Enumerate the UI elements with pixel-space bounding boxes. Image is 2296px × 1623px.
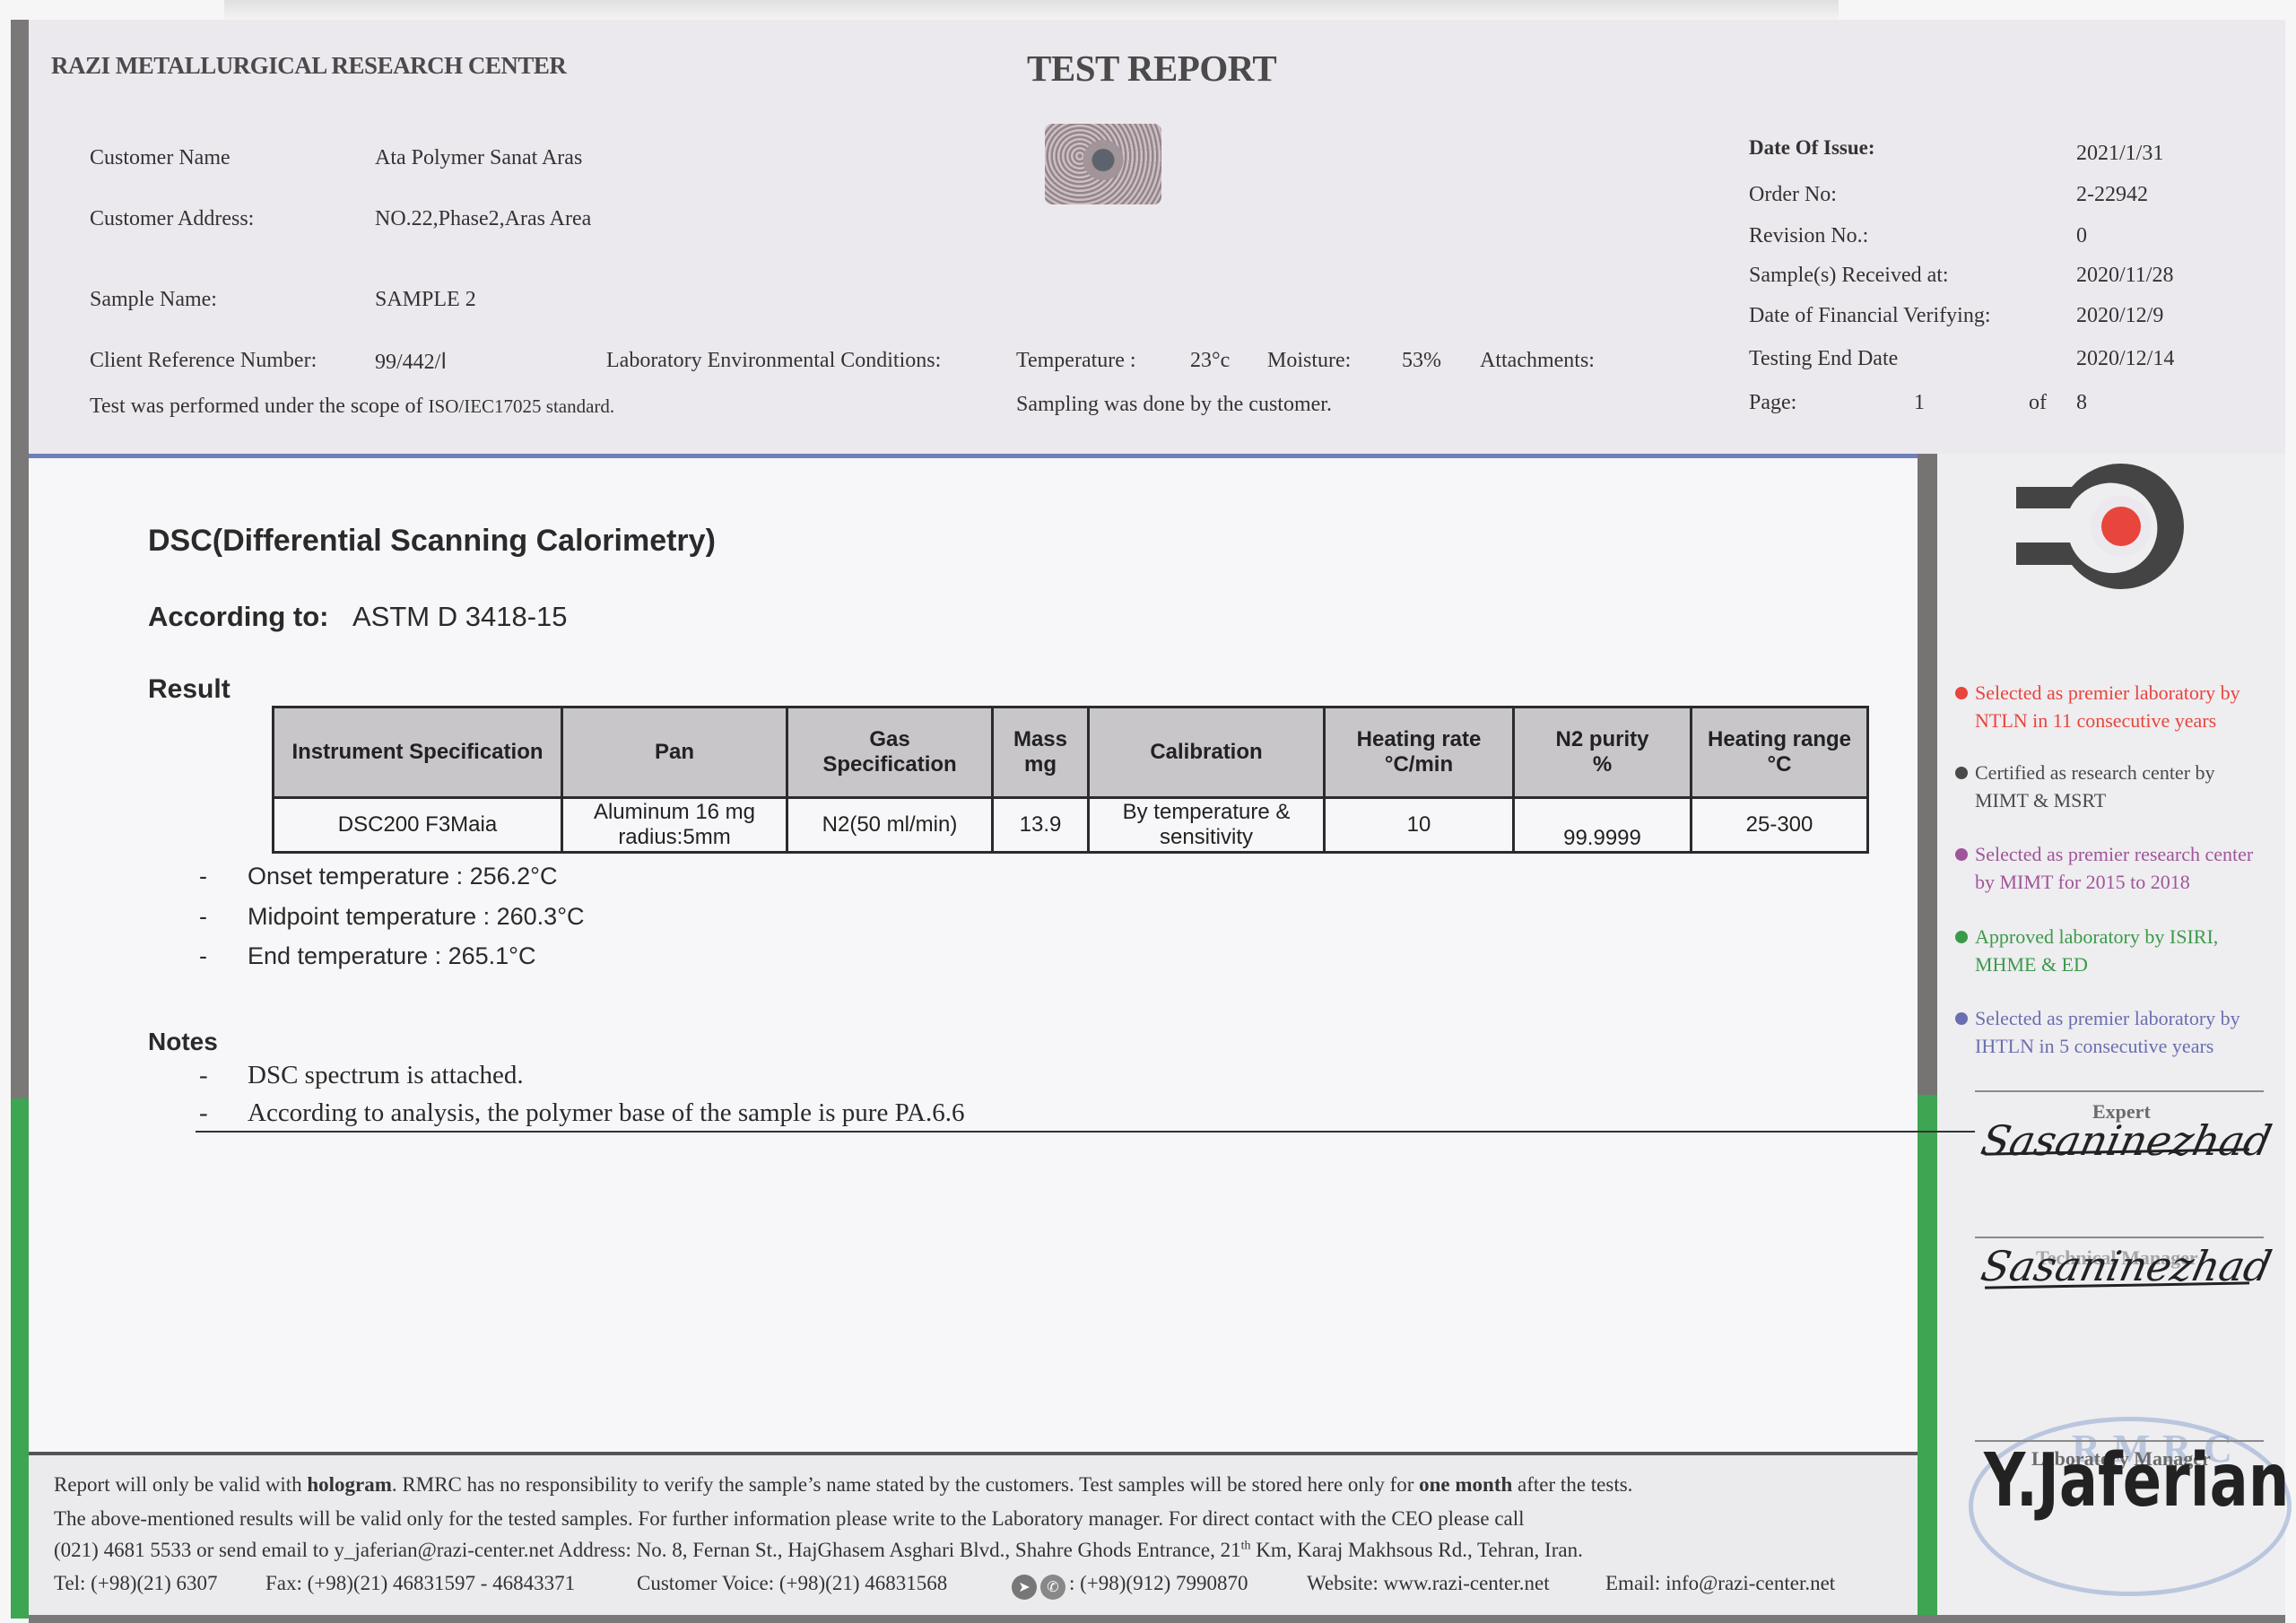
rmrc-logo-icon: [2009, 453, 2233, 596]
bullet-dash: -: [199, 1098, 208, 1128]
header-divider: [29, 454, 1937, 458]
financial-verifying-value: 2020/12/9: [2076, 304, 2163, 328]
col-n2-purity: N2 purity%: [1514, 707, 1692, 798]
cell-heating-range: 25-300: [1692, 798, 1868, 853]
whatsapp-icon: ✆: [1040, 1575, 1065, 1600]
award-mimt-msrt: Certified as research center by MIMT & M…: [1955, 759, 2271, 814]
col-heating-range: Heating range°C: [1692, 707, 1868, 798]
bullet-dot-icon: [1955, 1012, 1968, 1025]
note-item: DSC spectrum is attached.: [248, 1061, 524, 1090]
test-method-title: DSC(Differential Scanning Calorimetry): [148, 524, 716, 559]
note-item: According to analysis, the polymer base …: [248, 1098, 965, 1128]
footer-tel: Tel: (+98)(21) 6307: [54, 1572, 218, 1595]
hologram-seal-icon: [1045, 124, 1161, 204]
award-isiri: Approved laboratory by ISIRI, MHME & ED: [1955, 923, 2271, 978]
page-current: 1: [1914, 391, 1925, 415]
award-text: Approved laboratory by ISIRI, MHME & ED: [1975, 925, 2218, 976]
footer-info-line: The above-mentioned results will be vali…: [54, 1507, 1525, 1531]
lab-env-label: Laboratory Environmental Conditions:: [606, 349, 941, 373]
moisture-label: Moisture:: [1267, 349, 1351, 373]
bullet-dot-icon: [1955, 848, 1968, 861]
col-heating-rate: Heating rate°C/min: [1325, 707, 1514, 798]
results-table: Instrument Specification Pan GasSpecific…: [272, 706, 1869, 854]
testing-end-value: 2020/12/14: [2076, 347, 2174, 371]
bullet-dot-icon: [1955, 687, 1968, 699]
bullet-dot-icon: [1955, 931, 1968, 943]
result-end: End temperature : 265.1°C: [248, 942, 535, 970]
award-ntln: Selected as premier laboratory by NTLN i…: [1955, 679, 2271, 734]
date-of-issue-value: 2021/1/31: [2076, 142, 2163, 166]
sample-name-label: Sample Name:: [90, 288, 217, 312]
bullet-dash: -: [199, 1061, 208, 1090]
order-no-label: Order No:: [1749, 183, 1837, 207]
date-of-issue-label: Date Of Issue:: [1749, 136, 1875, 160]
award-mimt-research: Selected as premier research center by M…: [1955, 840, 2271, 896]
bullet-dash: -: [199, 903, 207, 931]
report-title: TEST REPORT: [1027, 47, 1276, 90]
col-instrument: Instrument Specification: [274, 707, 562, 798]
footer-bottom-bar: [29, 1615, 2285, 1623]
customer-name-label: Customer Name: [90, 146, 230, 170]
sample-received-label: Sample(s) Received at:: [1749, 264, 1949, 288]
footer-website[interactable]: Website: www.razi-center.net: [1307, 1572, 1550, 1595]
scope-statement: Test was performed under the scope of IS…: [90, 395, 614, 419]
scope-prefix: Test was performed under the scope of: [90, 395, 423, 418]
sampling-note: Sampling was done by the customer.: [1016, 393, 1332, 417]
footer-customer-voice: Customer Voice: (+98)(21) 46831568: [637, 1572, 947, 1595]
cell-heating-rate: 10: [1325, 798, 1514, 853]
result-onset: Onset temperature : 256.2°C: [248, 863, 557, 890]
bullet-dash: -: [199, 942, 207, 970]
left-accent-bar-green: [11, 1098, 29, 1619]
one-month-emphasis: one month: [1419, 1473, 1512, 1496]
temperature-value: 23°c: [1190, 349, 1230, 373]
result-midpoint: Midpoint temperature : 260.3°C: [248, 903, 585, 931]
left-accent-bar: [11, 20, 29, 1098]
signature-lab-manager: Y.Jaferian: [1984, 1438, 2289, 1523]
customer-name-value: Ata Polymer Sanat Aras: [375, 146, 582, 170]
according-value: ASTM D 3418-15: [352, 601, 568, 633]
footer-address-line: (021) 4681 5533 or send email to y_jafer…: [54, 1539, 1583, 1562]
award-text: Selected as premier research center by M…: [1975, 843, 2253, 893]
organization-name: RAZI METALLURGICAL RESEARCH CENTER: [51, 52, 566, 80]
table-row: DSC200 F3Maia Aluminum 16 mgradius:5mm N…: [274, 798, 1868, 853]
customer-address-label: Customer Address:: [90, 207, 254, 231]
col-gas: GasSpecification: [787, 707, 993, 798]
page-total: 8: [2076, 391, 2087, 415]
col-pan: Pan: [562, 707, 787, 798]
cell-gas: N2(50 ml/min): [787, 798, 993, 853]
according-label: According to:: [148, 601, 329, 633]
cell-pan: Aluminum 16 mgradius:5mm: [562, 798, 787, 853]
col-mass: Massmg: [993, 707, 1089, 798]
award-text: Selected as premier laboratory by NTLN i…: [1975, 681, 2240, 732]
sample-name-value: SAMPLE 2: [375, 288, 476, 312]
page-of-label: of: [2029, 391, 2047, 415]
temperature-label: Temperature :: [1016, 349, 1136, 373]
revision-no-value: 0: [2076, 224, 2087, 248]
award-ihtln: Selected as premier laboratory by IHTLN …: [1955, 1004, 2271, 1060]
award-text: Selected as premier laboratory by IHTLN …: [1975, 1007, 2240, 1057]
scan-smudge: [224, 0, 1839, 20]
page-label: Page:: [1749, 391, 1796, 415]
footer-messenger: : (+98)(912) 7990870: [1069, 1572, 1248, 1595]
col-calibration: Calibration: [1089, 707, 1325, 798]
right-accent-bar-green: [1918, 1095, 1937, 1619]
notes-label: Notes: [148, 1028, 218, 1056]
testing-end-label: Testing End Date: [1749, 347, 1898, 371]
cell-instrument: DSC200 F3Maia: [274, 798, 562, 853]
bullet-dot-icon: [1955, 767, 1968, 779]
signature-expert: Sasaninezhad: [1977, 1116, 2275, 1165]
cell-n2-purity: 99.9999: [1514, 798, 1692, 853]
right-accent-bar: [1918, 454, 1937, 1095]
moisture-value: 53%: [1402, 349, 1441, 373]
client-ref-label: Client Reference Number:: [90, 349, 317, 373]
revision-no-label: Revision No.:: [1749, 224, 1868, 248]
footer-fax: Fax: (+98)(21) 46831597 - 46843371: [265, 1572, 575, 1595]
result-label: Result: [148, 674, 230, 705]
bullet-dash: -: [199, 863, 207, 890]
sample-received-value: 2020/11/28: [2076, 264, 2173, 288]
client-ref-value: 99/ا/442: [375, 349, 447, 375]
cell-calibration: By temperature &sensitivity: [1089, 798, 1325, 853]
hologram-emphasis: hologram: [307, 1473, 392, 1496]
scope-standard: ISO/IEC17025 standard.: [429, 395, 615, 417]
telegram-icon: ➤: [1012, 1575, 1037, 1600]
notes-underline: [196, 1131, 1975, 1133]
customer-address-value: NO.22,Phase2,Aras Area: [375, 207, 591, 231]
table-header-row: Instrument Specification Pan GasSpecific…: [274, 707, 1868, 798]
footer-validity-line: Report will only be valid with hologram.…: [54, 1473, 1632, 1497]
cell-mass: 13.9: [993, 798, 1089, 853]
award-text: Certified as research center by MIMT & M…: [1975, 761, 2215, 811]
signature-line: [1975, 1237, 2264, 1238]
footer-email[interactable]: Email: info@razi-center.net: [1605, 1572, 1835, 1595]
attachments-label: Attachments:: [1480, 349, 1595, 373]
signature-line: [1975, 1090, 2264, 1092]
financial-verifying-label: Date of Financial Verifying:: [1749, 304, 1990, 328]
order-no-value: 2-22942: [2076, 183, 2148, 207]
